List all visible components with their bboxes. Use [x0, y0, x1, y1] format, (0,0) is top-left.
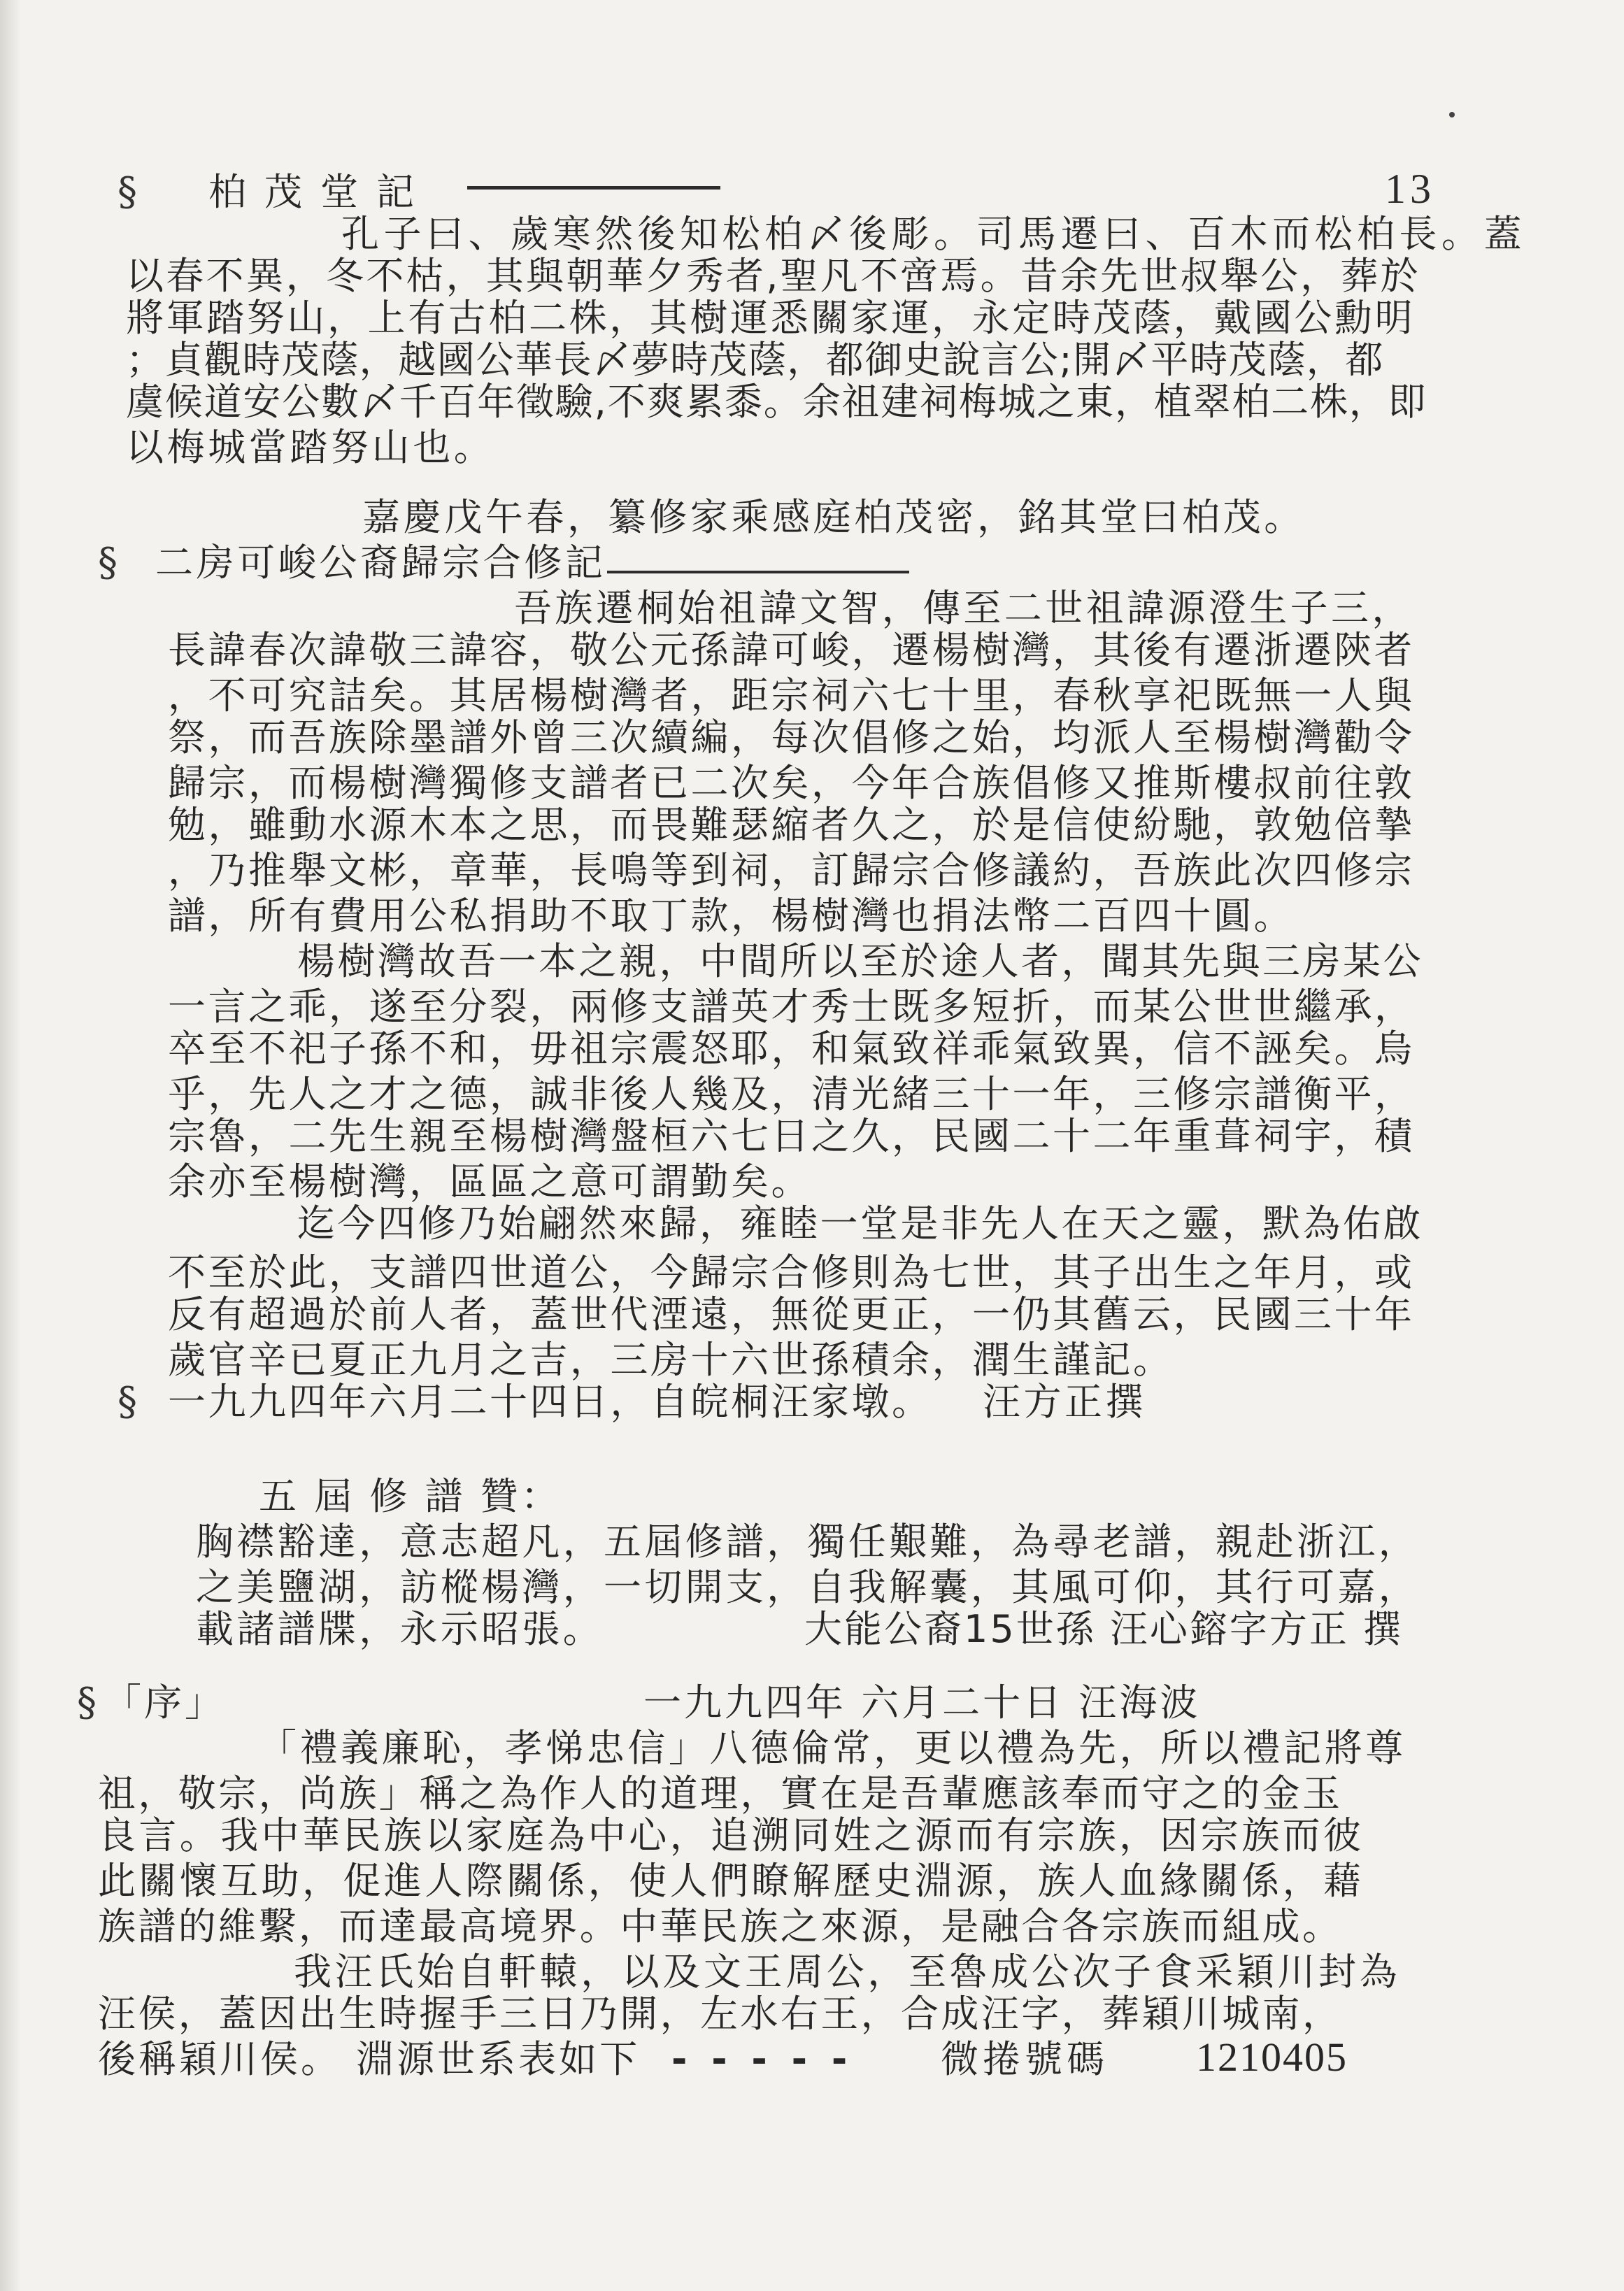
paragraph-line: 歲官辛已夏正九月之吉，三房十六世孫積余，潤生謹記。	[168, 1339, 1174, 1381]
paragraph-line: 吾族遷桐始祖諱文智，傳至二世祖諱源澄生子三，	[514, 587, 1413, 629]
paragraph-line: ，不可究詰矣。其居楊樹灣者，距宗祠六七十里，春秋享祀既無一人與	[168, 675, 1415, 717]
microfilm-label: 微捲號碼	[941, 2039, 1109, 2081]
preface-line: 族譜的維繫，而達最高境界。中華民族之來源，是融合各宗族而組成。	[98, 1906, 1342, 1948]
date-author-line: 一九九四年 六月二十日 汪海波	[643, 1682, 1200, 1724]
title-rule	[607, 571, 909, 573]
paragraph-line: 不至於此，支譜四世道公，今歸宗合修則為七世，其子出生之年月，或	[168, 1252, 1415, 1294]
preface-line: 良言。我中華民族以家庭為中心，追溯同姓之源而有宗族，因宗族而彼	[98, 1815, 1364, 1857]
date-line: 一九九四年六月二十四日，自皖桐汪家墩。	[168, 1381, 932, 1423]
section-symbol: §	[117, 1381, 137, 1423]
author-line: 汪方正撰	[983, 1381, 1146, 1423]
paragraph-line: ，乃推舉文彬，章華，長鳴等到祠，訂歸宗合修議約，吾族此次四修宗	[168, 850, 1415, 892]
preface-line: 祖，敬宗，尚族」稱之為作人的道理，實在是吾輩應該奉而守之的金玉	[98, 1773, 1342, 1815]
paragraph-line: 虞候道安公數〆千百年徵驗,不爽累黍。余祖建祠梅城之東，植翠柏二株，即	[126, 381, 1427, 423]
paragraph-line: 長諱春次諱敬三諱容，敬公元孫諱可峻，遷楊樹灣，其後有遷浙遷陝者	[168, 629, 1415, 671]
eulogy-heading: 五 屆 修 譜 贊：	[259, 1476, 562, 1518]
section-symbol: §	[117, 171, 137, 213]
preface-line: 我汪氏始自軒轅，以及文王周公，至魯成公次子食采穎川封為	[294, 1951, 1400, 1993]
section-title: 二房可峻公裔歸宗合修記	[155, 542, 606, 584]
paragraph-line: ；貞觀時茂蔭，越國公華長〆夢時茂蔭，都御史說言公;開〆平時茂蔭，都	[126, 339, 1384, 381]
paragraph-line: 楊樹灣故吾一本之親，中間所以至於途人者，聞其先與三房某公	[297, 941, 1423, 983]
scan-edge-shadow	[0, 0, 21, 2291]
paragraph-line: 孔子曰、歲寒然後知松柏〆後彫。司馬遷曰、百木而松柏長。蓋	[341, 213, 1526, 255]
paragraph-line: 一言之乖，遂至分裂，兩修支譜英才秀士既多短折，而某公世世繼承，	[168, 986, 1415, 1028]
paragraph-line: 歸宗，而楊樹灣獨修支譜者已二次矣，今年合族倡修又推斯樓叔前往敦	[168, 762, 1415, 804]
eulogy-line: 載諸譜牒，永示昭張。	[196, 1608, 604, 1650]
section-symbol: §	[98, 542, 117, 584]
title-rule	[467, 186, 720, 190]
section-symbol: §	[77, 1682, 97, 1724]
paragraph-line: 以梅城當踏努山也。	[126, 427, 494, 469]
postscript-line: 嘉慶戊午春，纂修家乘感庭柏茂密，銘其堂曰柏茂。	[362, 497, 1305, 538]
scan-speck	[1449, 112, 1455, 117]
eulogy-line: 胸襟豁達，意志超凡，五屆修譜，獨任艱難，為尋老譜，親赴浙江，	[196, 1521, 1419, 1563]
paragraph-line: 譜，所有費用公私捐助不取丁款，楊樹灣也捐法幣二百四十圓。	[168, 895, 1294, 937]
paragraph-line: 祭，而吾族除墨譜外曾三次續編，每次倡修之始，均派人至楊樹灣勸令	[168, 717, 1415, 759]
paragraph-line: 乎，先人之才之德，誠非後人幾及，清光緒三十一年，三修宗譜衡平，	[168, 1073, 1415, 1115]
section-title: 「序」	[104, 1682, 225, 1724]
document-page: § 柏茂堂記 13 孔子曰、歲寒然後知松柏〆後彫。司馬遷曰、百木而松柏長。蓋 以…	[0, 0, 1624, 2291]
paragraph-line: 宗魯，二先生親至楊樹灣盤桓六七日之久，民國二十二年重葺祠宇，積	[168, 1115, 1415, 1157]
paragraph-line: 余亦至楊樹灣，區區之意可謂勤矣。	[168, 1161, 811, 1203]
dash-leader: - - - - -	[671, 2039, 853, 2081]
section-title: 柏茂堂記	[208, 171, 432, 213]
page-number: 13	[1385, 168, 1435, 210]
eulogy-line: 之美鹽湖，訪樅楊灣，一切開支，自我解囊，其風可仰，其行可嘉，	[196, 1566, 1419, 1608]
paragraph-line: 勉，雖動水源木本之思，而畏難瑟縮者久之，於是信使紛馳，敦勉倍摯	[168, 804, 1415, 846]
microfilm-number: 1210405	[1196, 2036, 1348, 2078]
preface-line: 汪侯，蓋因出生時握手三日乃開，左水右王，合成汪字，葬穎川城南，	[98, 1993, 1342, 2035]
paragraph-line: 反有超過於前人者，蓋世代湮遠，無從更正，一仍其舊云，民國三十年	[168, 1294, 1415, 1336]
preface-line: 此關懷互助，促進人際關係，使人們瞭解歷史淵源，族人血緣關係，藉	[98, 1860, 1364, 1902]
paragraph-line: 以春不異，冬不枯，其與朝華夕秀者,聖凡不啻焉。昔余先世叔舉公，葬於	[126, 255, 1420, 297]
paragraph-line: 迄今四修乃始翩然來歸，雍睦一堂是非先人在天之靈，默為佑啟	[297, 1203, 1423, 1245]
paragraph-line: 將軍踏努山，上有古柏二株，其樹運悉關家運，永定時茂蔭，戴國公勳明	[126, 297, 1415, 339]
preface-line: 「禮義廉恥，孝悌忠信」八德倫常，更以禮為先，所以禮記將尊	[259, 1727, 1406, 1769]
eulogy-signature: 大能公裔15世孫 汪心鎔字方正 撰	[804, 1608, 1403, 1650]
paragraph-line: 卒至不祀子孫不和，毋祖宗震怒耶，和氣致祥乖氣致異，信不誣矣。烏	[168, 1028, 1415, 1070]
preface-last-line: 後稱穎川侯。 淵源世系表如下	[98, 2039, 640, 2081]
